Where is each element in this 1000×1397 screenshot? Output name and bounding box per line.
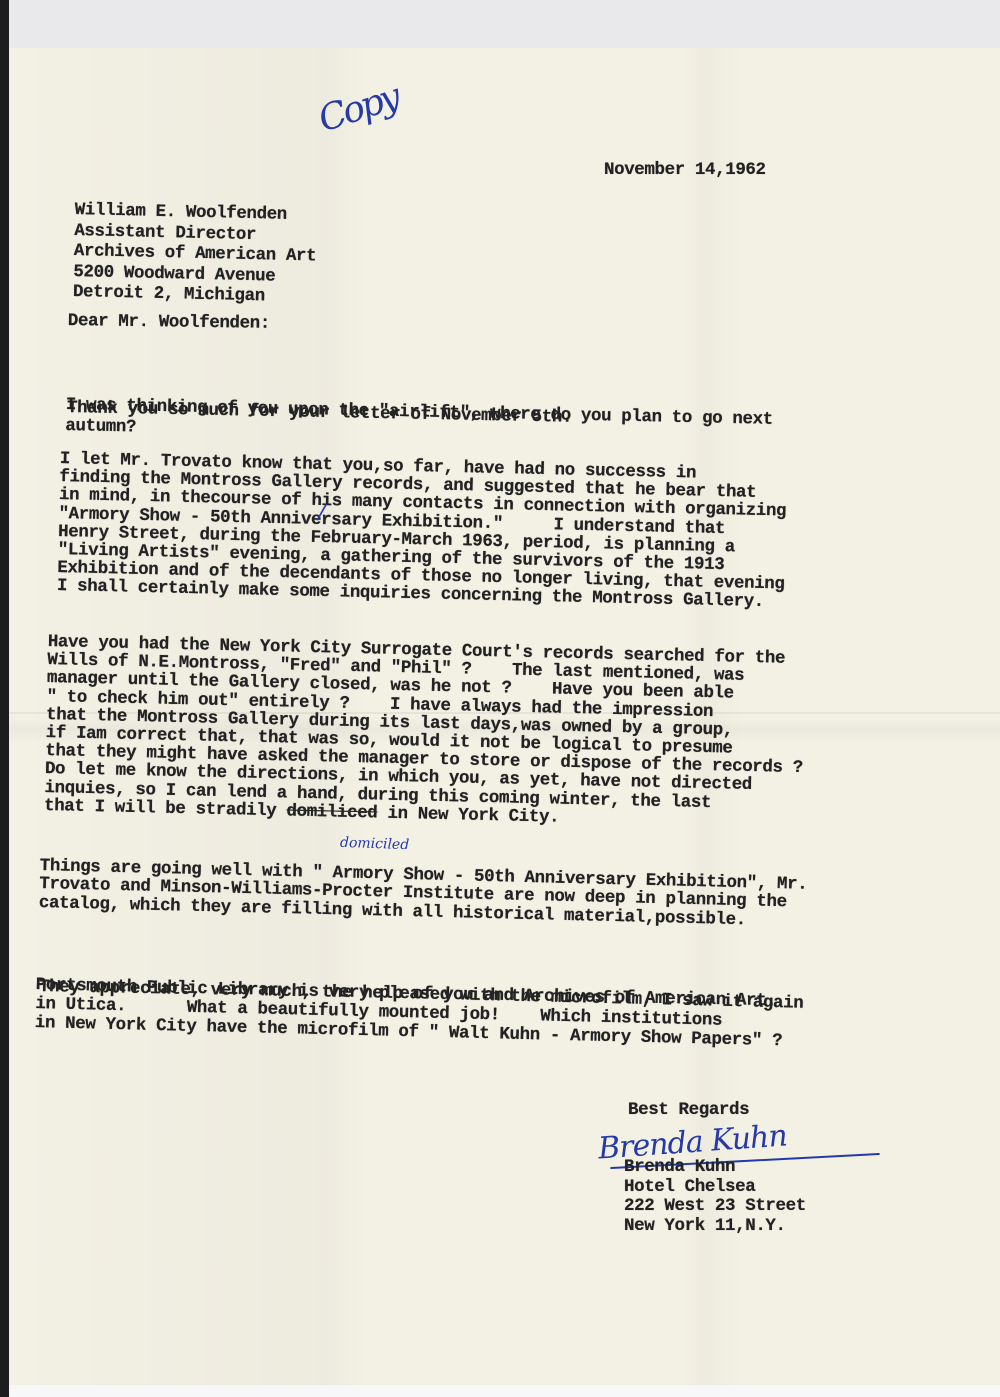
salutation: Dear Mr. Woolfenden: (68, 311, 270, 334)
letter-date: November 14,1962 (604, 160, 766, 181)
sender-street: 222 West 23 Street (624, 1197, 806, 1217)
sender-city: New York 11,N.Y. (624, 1217, 806, 1237)
sender-address: Brenda KuhnHotel Chelsea222 West 23 Stre… (624, 1158, 806, 1236)
paragraph-3: I let Mr. Trovato know that you,so far, … (57, 450, 787, 612)
scan-background-top (9, 0, 1000, 48)
sender-hotel: Hotel Chelsea (624, 1178, 806, 1198)
closing: Best Regards (628, 1100, 749, 1121)
scan-background-bottom (9, 1385, 1000, 1397)
handwritten-correction: domiciled (340, 835, 410, 853)
paragraph-4: Have you had the New York City Surrogate… (44, 633, 806, 832)
struck-out-word: domiliced (286, 801, 377, 823)
scan-edge-left (0, 0, 9, 1397)
text-segment: in New York City. (377, 803, 559, 827)
recipient-address: William E. WoolfendenAssistant DirectorA… (73, 200, 318, 308)
sender-name: Brenda Kuhn (624, 1158, 806, 1178)
